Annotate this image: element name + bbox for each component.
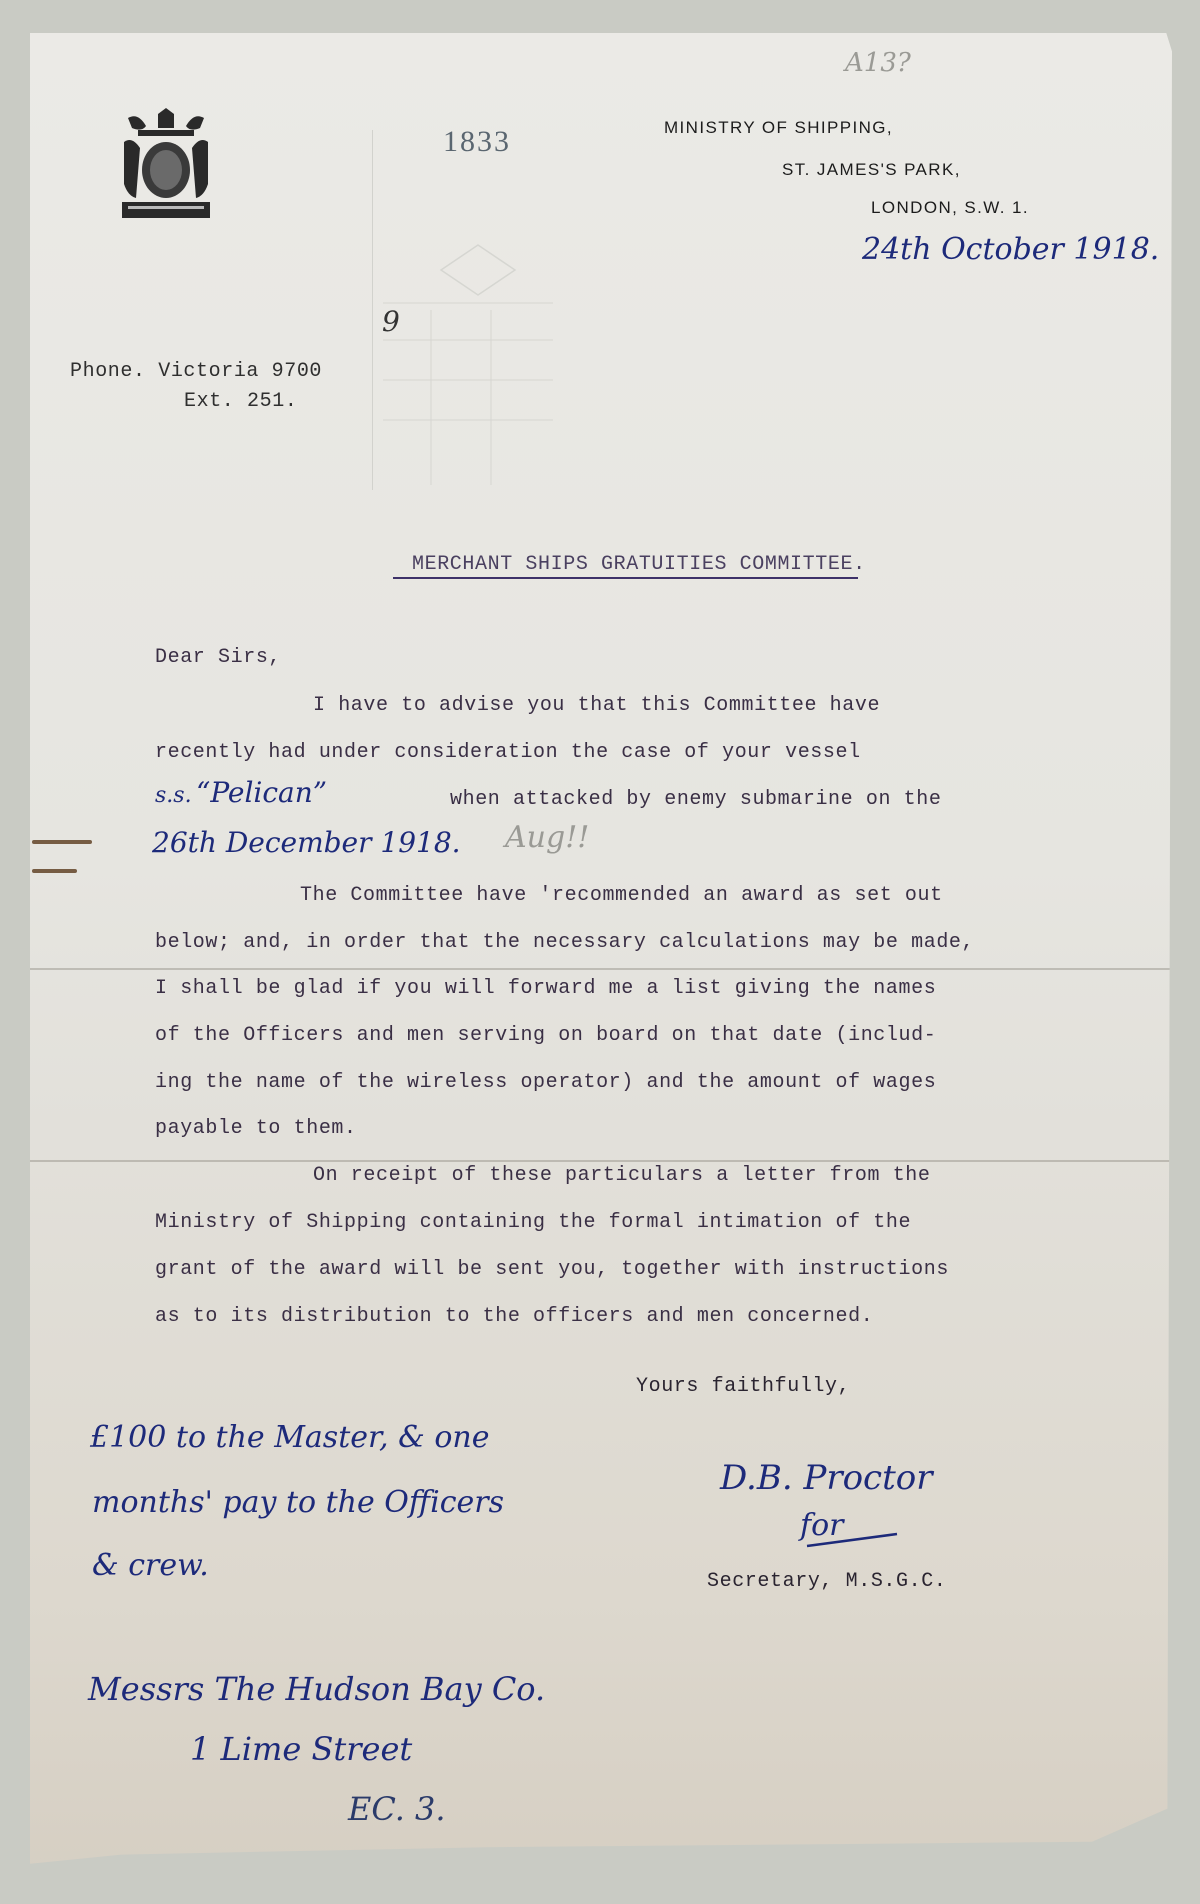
award-note-line: £100 to the Master, & one [90, 1420, 490, 1455]
body-line: On receipt of these particulars a letter… [313, 1164, 931, 1187]
body-line: of the Officers and men serving on board… [155, 1024, 936, 1047]
body-line: ing the name of the wireless operator) a… [155, 1071, 936, 1094]
signatory-title: Secretary, M.S.G.C. [707, 1570, 946, 1593]
body-line: recently had under consideration the cas… [155, 741, 861, 764]
body-line: below; and, in order that the necessary … [155, 931, 974, 954]
body-line: payable to them. [155, 1117, 357, 1140]
body-line: as to its distribution to the officers a… [155, 1305, 873, 1328]
pencil-annotation: Aug!! [505, 820, 589, 855]
ministry-name: MINISTRY OF SHIPPING, [664, 118, 893, 138]
body-line: grant of the award will be sent you, tog… [155, 1258, 949, 1281]
award-note-line: months' pay to the Officers [92, 1485, 504, 1520]
committee-heading: MERCHANT SHIPS GRATUITIES COMMITTEE. [412, 553, 866, 576]
body-line: The Committee have 'recommended an award… [300, 884, 943, 907]
addressee-line: EC. 3. [348, 1790, 446, 1828]
body-line: I have to advise you that this Committee… [313, 694, 880, 717]
pencil-reference: A13? [845, 48, 911, 78]
phone-line: Phone. Victoria 9700 [70, 360, 322, 383]
addressee-line: 1 Lime Street [190, 1730, 412, 1768]
addressee-line: Messrs The Hudson Bay Co. [88, 1670, 545, 1708]
address-line-1: ST. JAMES'S PARK, [782, 160, 961, 180]
body-line: when attacked by enemy submarine on the [450, 788, 941, 811]
vessel-name: “Pelican” [196, 776, 327, 809]
paper-fold-line [30, 968, 1172, 970]
phone-extension: Ext. 251. [184, 390, 297, 413]
attack-date: 26th December 1918. [152, 826, 461, 859]
reference-number-stamp: 1833 [443, 125, 511, 159]
vessel-prefix: s.s. [155, 783, 192, 808]
burn-mark [32, 840, 92, 844]
body-line: I shall be glad if you will forward me a… [155, 977, 936, 1000]
paper-fold-line [30, 1160, 1172, 1162]
heading-underline [393, 577, 858, 579]
address-line-2: LONDON, S.W. 1. [871, 198, 1029, 218]
burn-mark [32, 869, 77, 873]
body-line: Ministry of Shipping containing the form… [155, 1211, 911, 1234]
closing: Yours faithfully, [636, 1375, 850, 1398]
award-note-line: & crew. [92, 1548, 209, 1583]
signature: D.B. Proctor [720, 1458, 932, 1498]
signature-flourish-icon [805, 1530, 900, 1550]
salutation: Dear Sirs, [155, 646, 281, 669]
royal-coat-of-arms-icon [118, 108, 214, 220]
letter-date: 24th October 1918. [862, 232, 1159, 267]
faint-registry-stamp [372, 130, 568, 490]
folio-mark: 9 [382, 305, 400, 338]
